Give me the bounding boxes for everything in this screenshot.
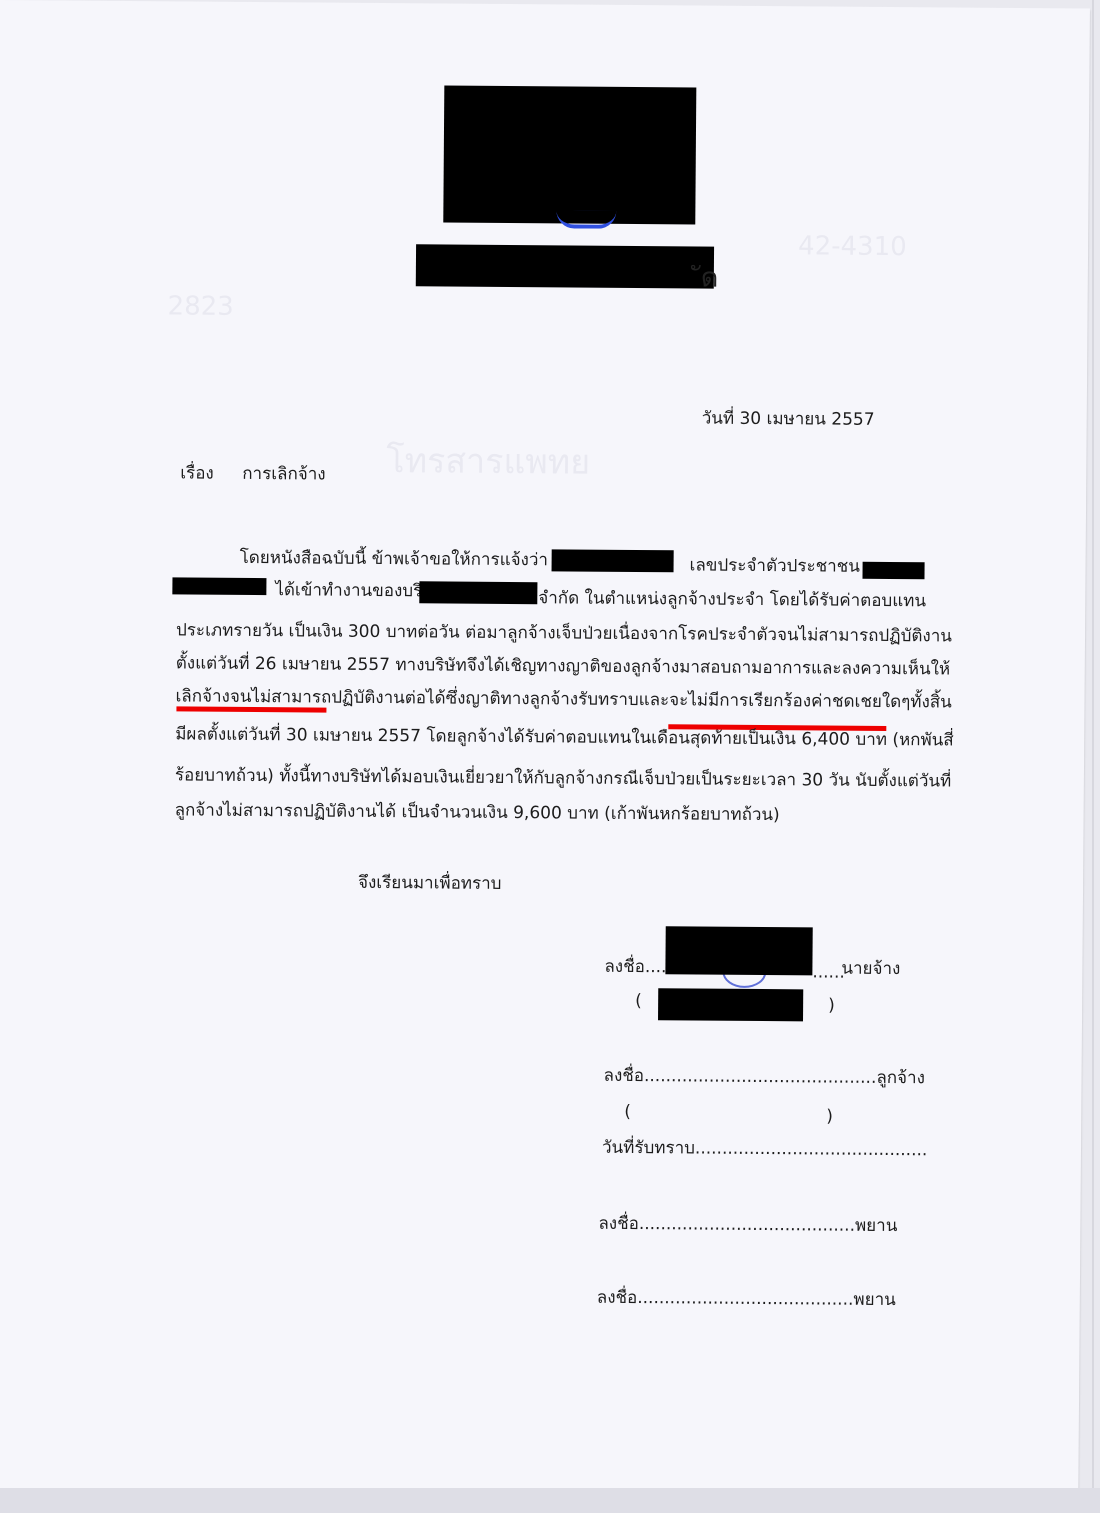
subject-label: เรื่อง (180, 465, 214, 482)
body-line-2a: ได้เข้าทำงานของบริ (275, 582, 422, 600)
closing-remark: จึงเรียนมาเพื่อทราบ (358, 875, 502, 893)
redacted-id-number-cont (172, 577, 266, 595)
employer-sign-prefix: ลงชื่อ.... (604, 959, 666, 976)
scanned-letter-page: 2823 42-4310 โทรสารแพทย ัด วันที่ 30 เมษ… (0, 0, 1090, 1497)
redacted-employee-name (552, 549, 674, 572)
redacted-company (419, 581, 537, 604)
letter-date: วันที่ 30 เมษายน 2557 (702, 411, 875, 429)
body-line-6: มีผลตั้งแต่วันที่ 30 เมษายน 2557 โดยลูกจ… (175, 726, 954, 749)
redacted-logo (443, 85, 696, 224)
body-line-3: ประเภทรายวัน เป็นเงิน 300 บาทต่อวัน ต่อม… (176, 622, 952, 645)
subject-value: การเลิกจ้าง (242, 466, 325, 484)
witness-1-sign-line: ลงชื่อ..................................… (598, 1216, 897, 1235)
logo-fragment (556, 210, 616, 228)
redacted-id-number (862, 562, 924, 579)
redacted-employer-name (658, 988, 803, 1021)
bleed-through-text: โทรสารแพทย (386, 433, 590, 489)
witness-2-sign-line: ลงชื่อ..................................… (597, 1290, 896, 1309)
employer-paren-close: ) (828, 998, 835, 1015)
company-name-suffix: ัด (701, 256, 719, 299)
employer-paren-open: ( (635, 993, 642, 1010)
employee-paren-close: ) (826, 1109, 833, 1126)
scanner-edge (1092, 0, 1094, 1490)
employee-sign-line: ลงชื่อ..................................… (603, 1068, 924, 1088)
body-id-label: เลขประจำตัวประชาชน (690, 557, 860, 575)
body-line-4: ตั้งแต่วันที่ 26 เมษายน 2557 ทางบริษัทจึ… (176, 655, 950, 678)
redacted-company-name (416, 244, 714, 288)
body-line-8: ลูกจ้างไม่สามารถปฏิบัติงานได้ เป็นจำนวนเ… (175, 802, 780, 824)
employee-paren-open: ( (624, 1104, 631, 1121)
body-line-2b: จำกัด ในตำแหน่งลูกจ้างประจำ โดยได้รับค่า… (538, 590, 926, 610)
bleed-through-text: 2823 (167, 291, 233, 322)
employer-sign-dots: ...... (812, 964, 845, 981)
scanner-bed (0, 1488, 1100, 1513)
highlight-underline-termination (176, 706, 326, 712)
body-line-7: ร้อยบาทถ้วน) ทั้งนี้ทางบริษัทได้มอบเงินเ… (175, 767, 951, 790)
body-line-1: โดยหนังสือฉบับนี้ ข้าพเจ้าขอให้การแจ้งว่… (240, 550, 548, 569)
redacted-employer-signature (665, 926, 812, 975)
bleed-through-text: 42-4310 (798, 231, 907, 262)
employer-role: นายจ้าง (841, 961, 900, 978)
acknowledgement-date-line: วันที่รับทราบ...........................… (602, 1140, 927, 1160)
